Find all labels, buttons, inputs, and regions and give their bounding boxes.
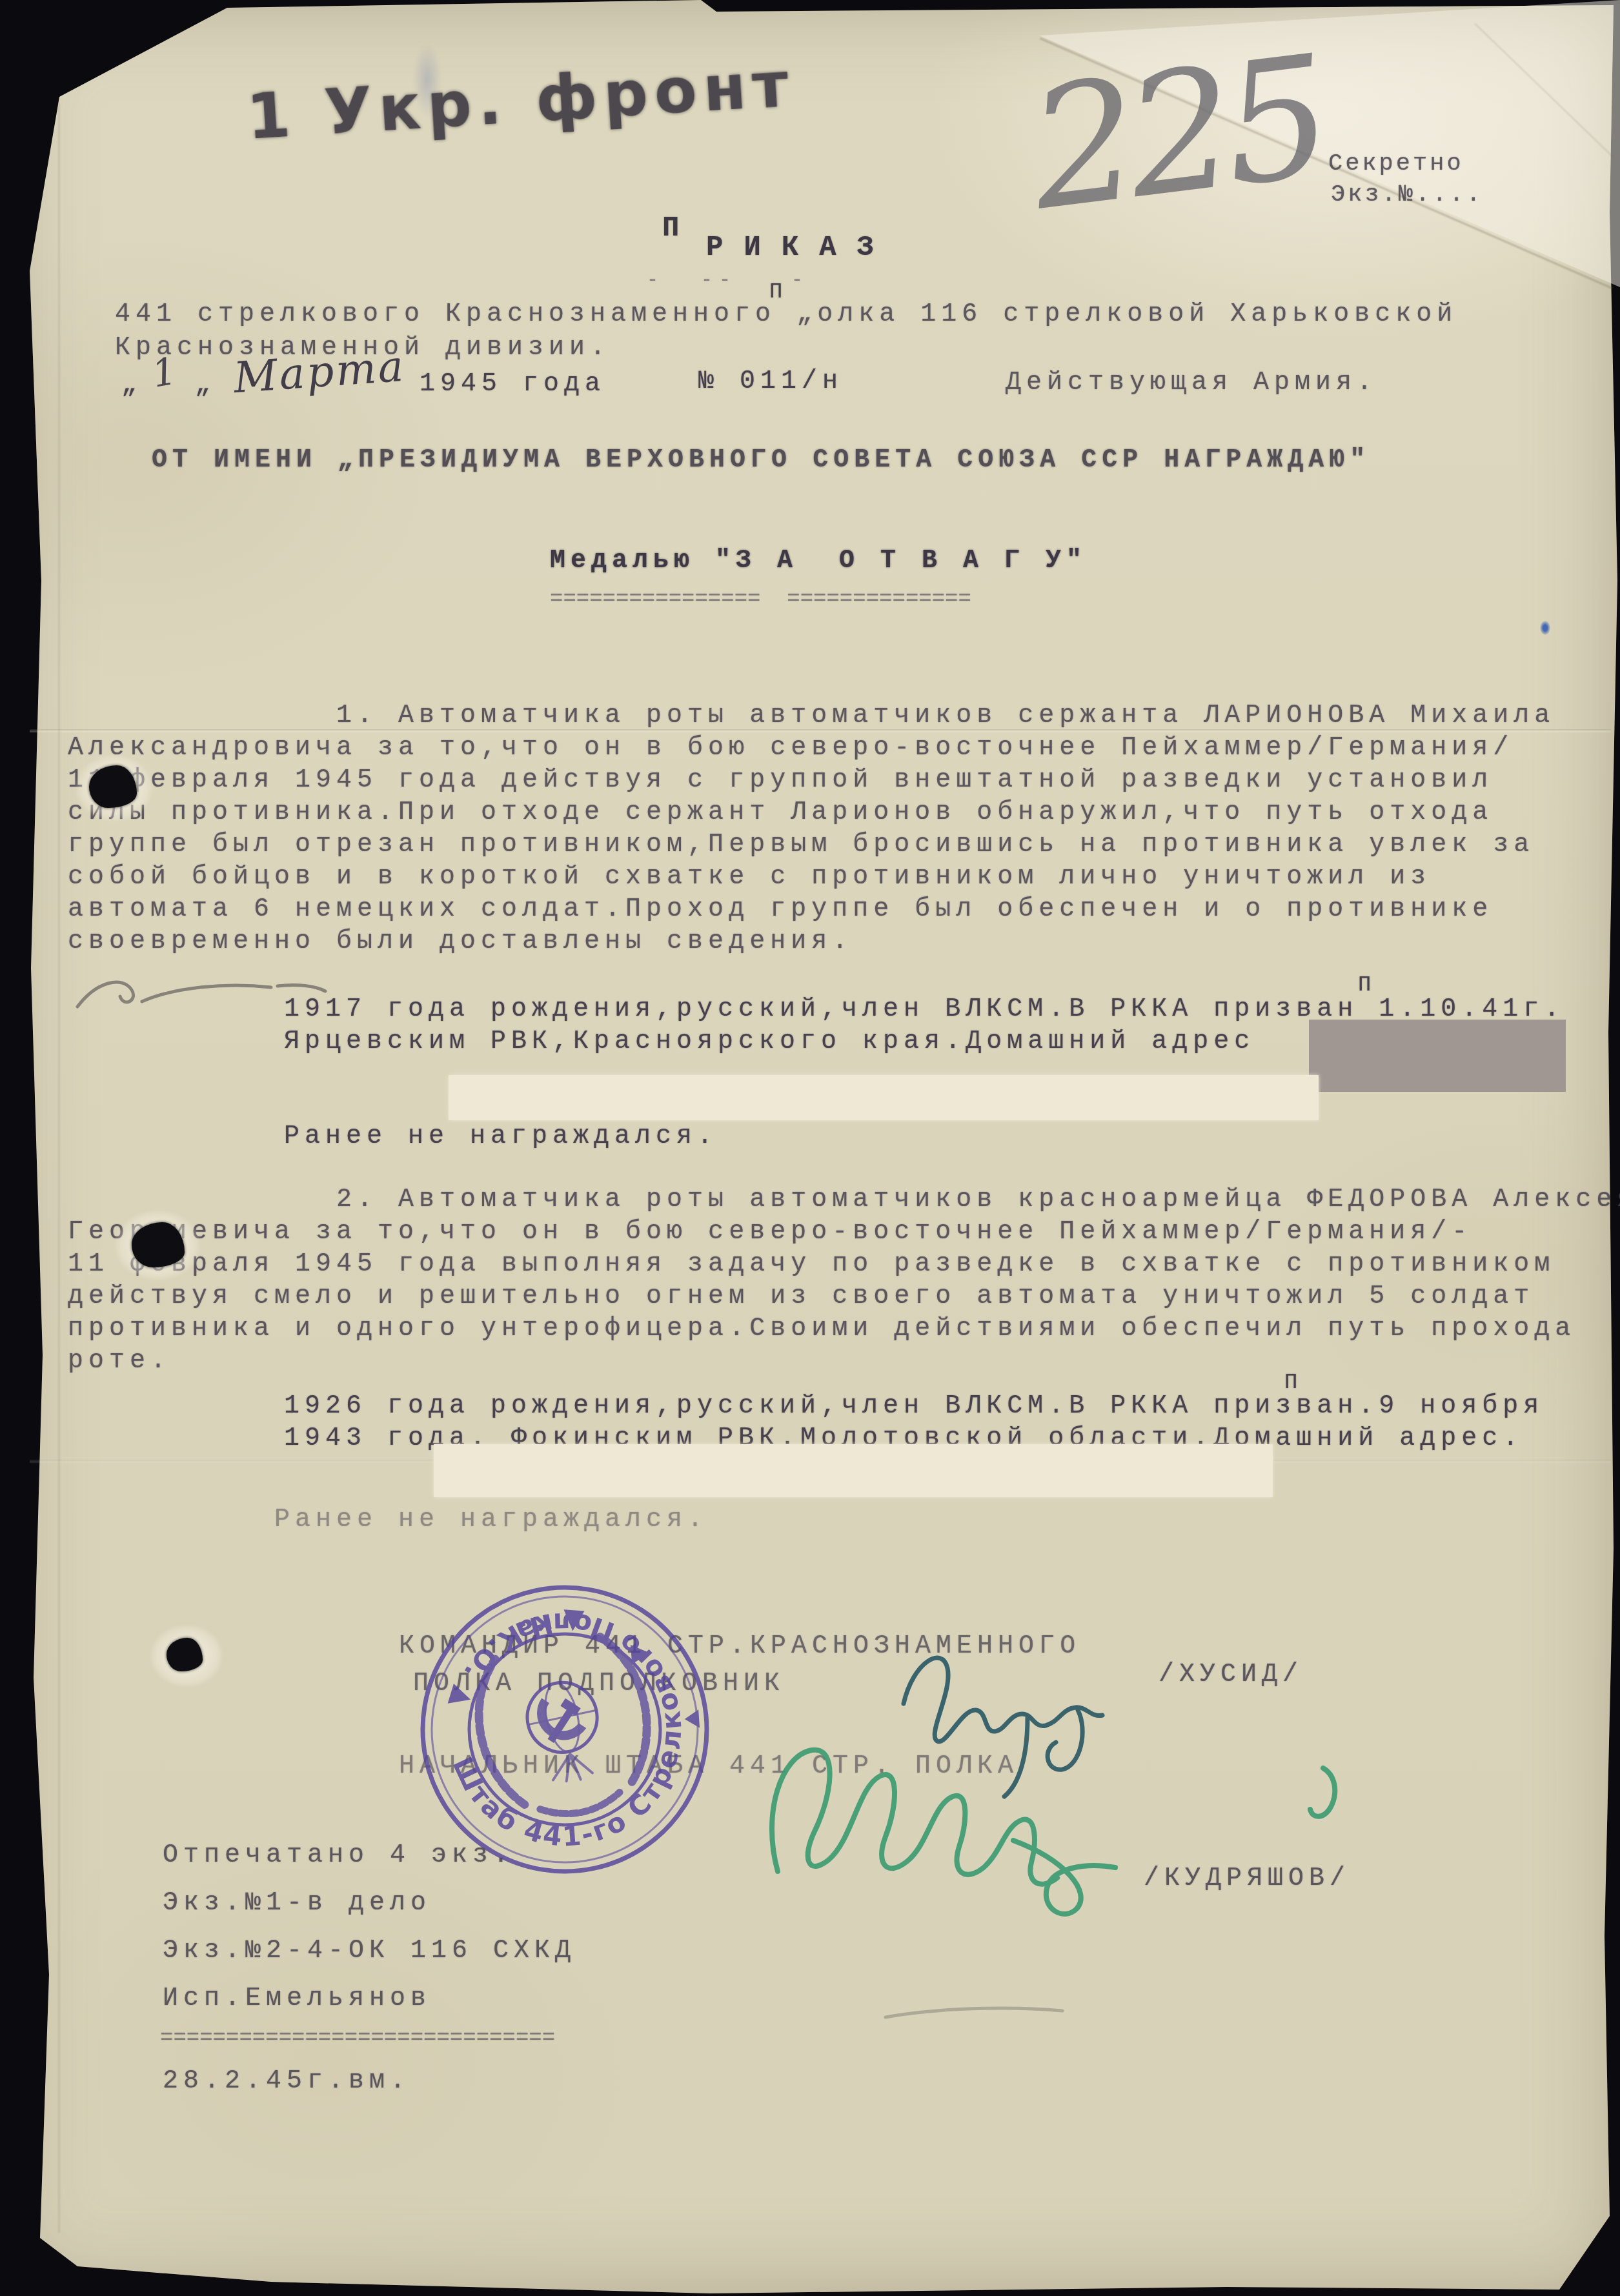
order-number: № 011/н [698,369,843,395]
award1-line: собой бойцов и в короткой схватке с прот… [68,865,1431,891]
preamble-line: ОТ ИМЕНИ „ПРЕЗИДИУМА ВЕРХОВНОГО СОВЕТА С… [152,448,1370,474]
order-title: РИКАЗ [706,234,895,262]
unit-line-1: 441 стрелкового Краснознаменного „олка 1… [115,302,1457,328]
award1-line: 11 февраля 1945 года действуя с группой … [68,768,1493,794]
date-open-quote: „ [121,373,142,399]
raised-p-correction-1: П [1358,973,1371,998]
paper-hole [89,765,137,808]
award2-line: Георгиевича за то,что он в бою северо-во… [68,1220,1472,1245]
award1-line: своевременно были доставлены сведения. [68,929,853,955]
footer-copy1-line: Экз.№1-в дело [163,1891,431,1917]
award1-line: группе был отрезан противником,Первым бр… [68,832,1534,858]
award1-line: автомата 6 немецких солдат.Проход группе… [68,897,1493,923]
paper-hole [132,1222,185,1267]
medal-underline: ================ ============== [550,589,971,610]
award1-line: силы противника.При отходе сержант Ларио… [68,800,1493,826]
award2-bio-line: 1926 года рождения,русский,член ВЛКСМ.В … [284,1394,1544,1420]
doc-number-handwritten: 225 [1022,34,1331,234]
award1-line: Александровича за то,что он в бою северо… [68,736,1514,761]
medal-line: Медалью "З А О Т В А Г У" [550,549,1087,574]
award2-prior-awards: Ранее не награждался. [274,1507,708,1533]
footer-copy24-line: Экз.№2-4-ОК 116 СХКД [163,1939,576,1964]
footer-executor-line: Исп.Емельянов [163,1986,431,2012]
award1-bio-line: 1917 года рождения,русский,член ВЛКСМ.В … [284,997,1564,1023]
footer-underline: ============================== [160,2028,555,2049]
award2-line: 11 февраля 1945 года выполняя задачу по … [68,1252,1555,1278]
pencil-annotation-scribble [65,968,336,1026]
award2-line: роте. [68,1349,171,1375]
award2-line: действуя смело и решительно огнем из сво… [68,1284,1534,1310]
date-year: 1945 года [420,372,605,398]
award2-line: противника и одного унтерофицера.Своими … [68,1316,1575,1342]
photographed-document: 1 Укр. фронт 225 Секретно Экз.№.... П РИ… [0,0,1620,2296]
footer-copies-line: Отпечатано 4 экз. [163,1843,514,1869]
raised-p-correction-2: П [1284,1371,1297,1395]
signature-kudryashov [742,1678,1388,1923]
award1-bio-line: Ярцевским РВК,Красноярского края.Домашни… [284,1029,1255,1055]
classification-label: Секретно [1328,152,1464,176]
stamp-org-text: ▲ Н.К.О. ▲ [429,1600,602,1719]
date-close-quote: „ [195,373,216,399]
title-underline: - -- - [647,271,809,290]
footer-date-line: 28.2.45г.вм. [163,2069,410,2095]
paper-hole [167,1638,203,1671]
pencil-faint-line [878,1994,1071,2033]
raised-p-correction-unit: П [769,280,782,305]
redaction-box-cream-1 [449,1075,1319,1120]
svg-text:Штаб 441-го Стрелкового Полка: Штаб 441-го Стрелкового Полка ▲ Н.К.О. ▲ [418,1584,711,1875]
date-month-handwritten: Марта [232,345,407,399]
award1-line: 1. Автоматчика роты автоматчиков сержант… [68,703,1555,729]
redaction-box-cream-2 [434,1444,1273,1497]
army-label: Действующая Армия. [1006,370,1377,396]
vertical-crease-left [58,103,60,2233]
award1-prior-awards: Ранее не награждался. [284,1124,718,1150]
redaction-box-gray [1309,1020,1566,1092]
award2-line: 2. Автоматчика роты автоматчиков красноа… [68,1187,1620,1213]
order-title-raised-p: П [662,214,684,243]
copy-number-label: Экз.№.... [1331,183,1483,207]
